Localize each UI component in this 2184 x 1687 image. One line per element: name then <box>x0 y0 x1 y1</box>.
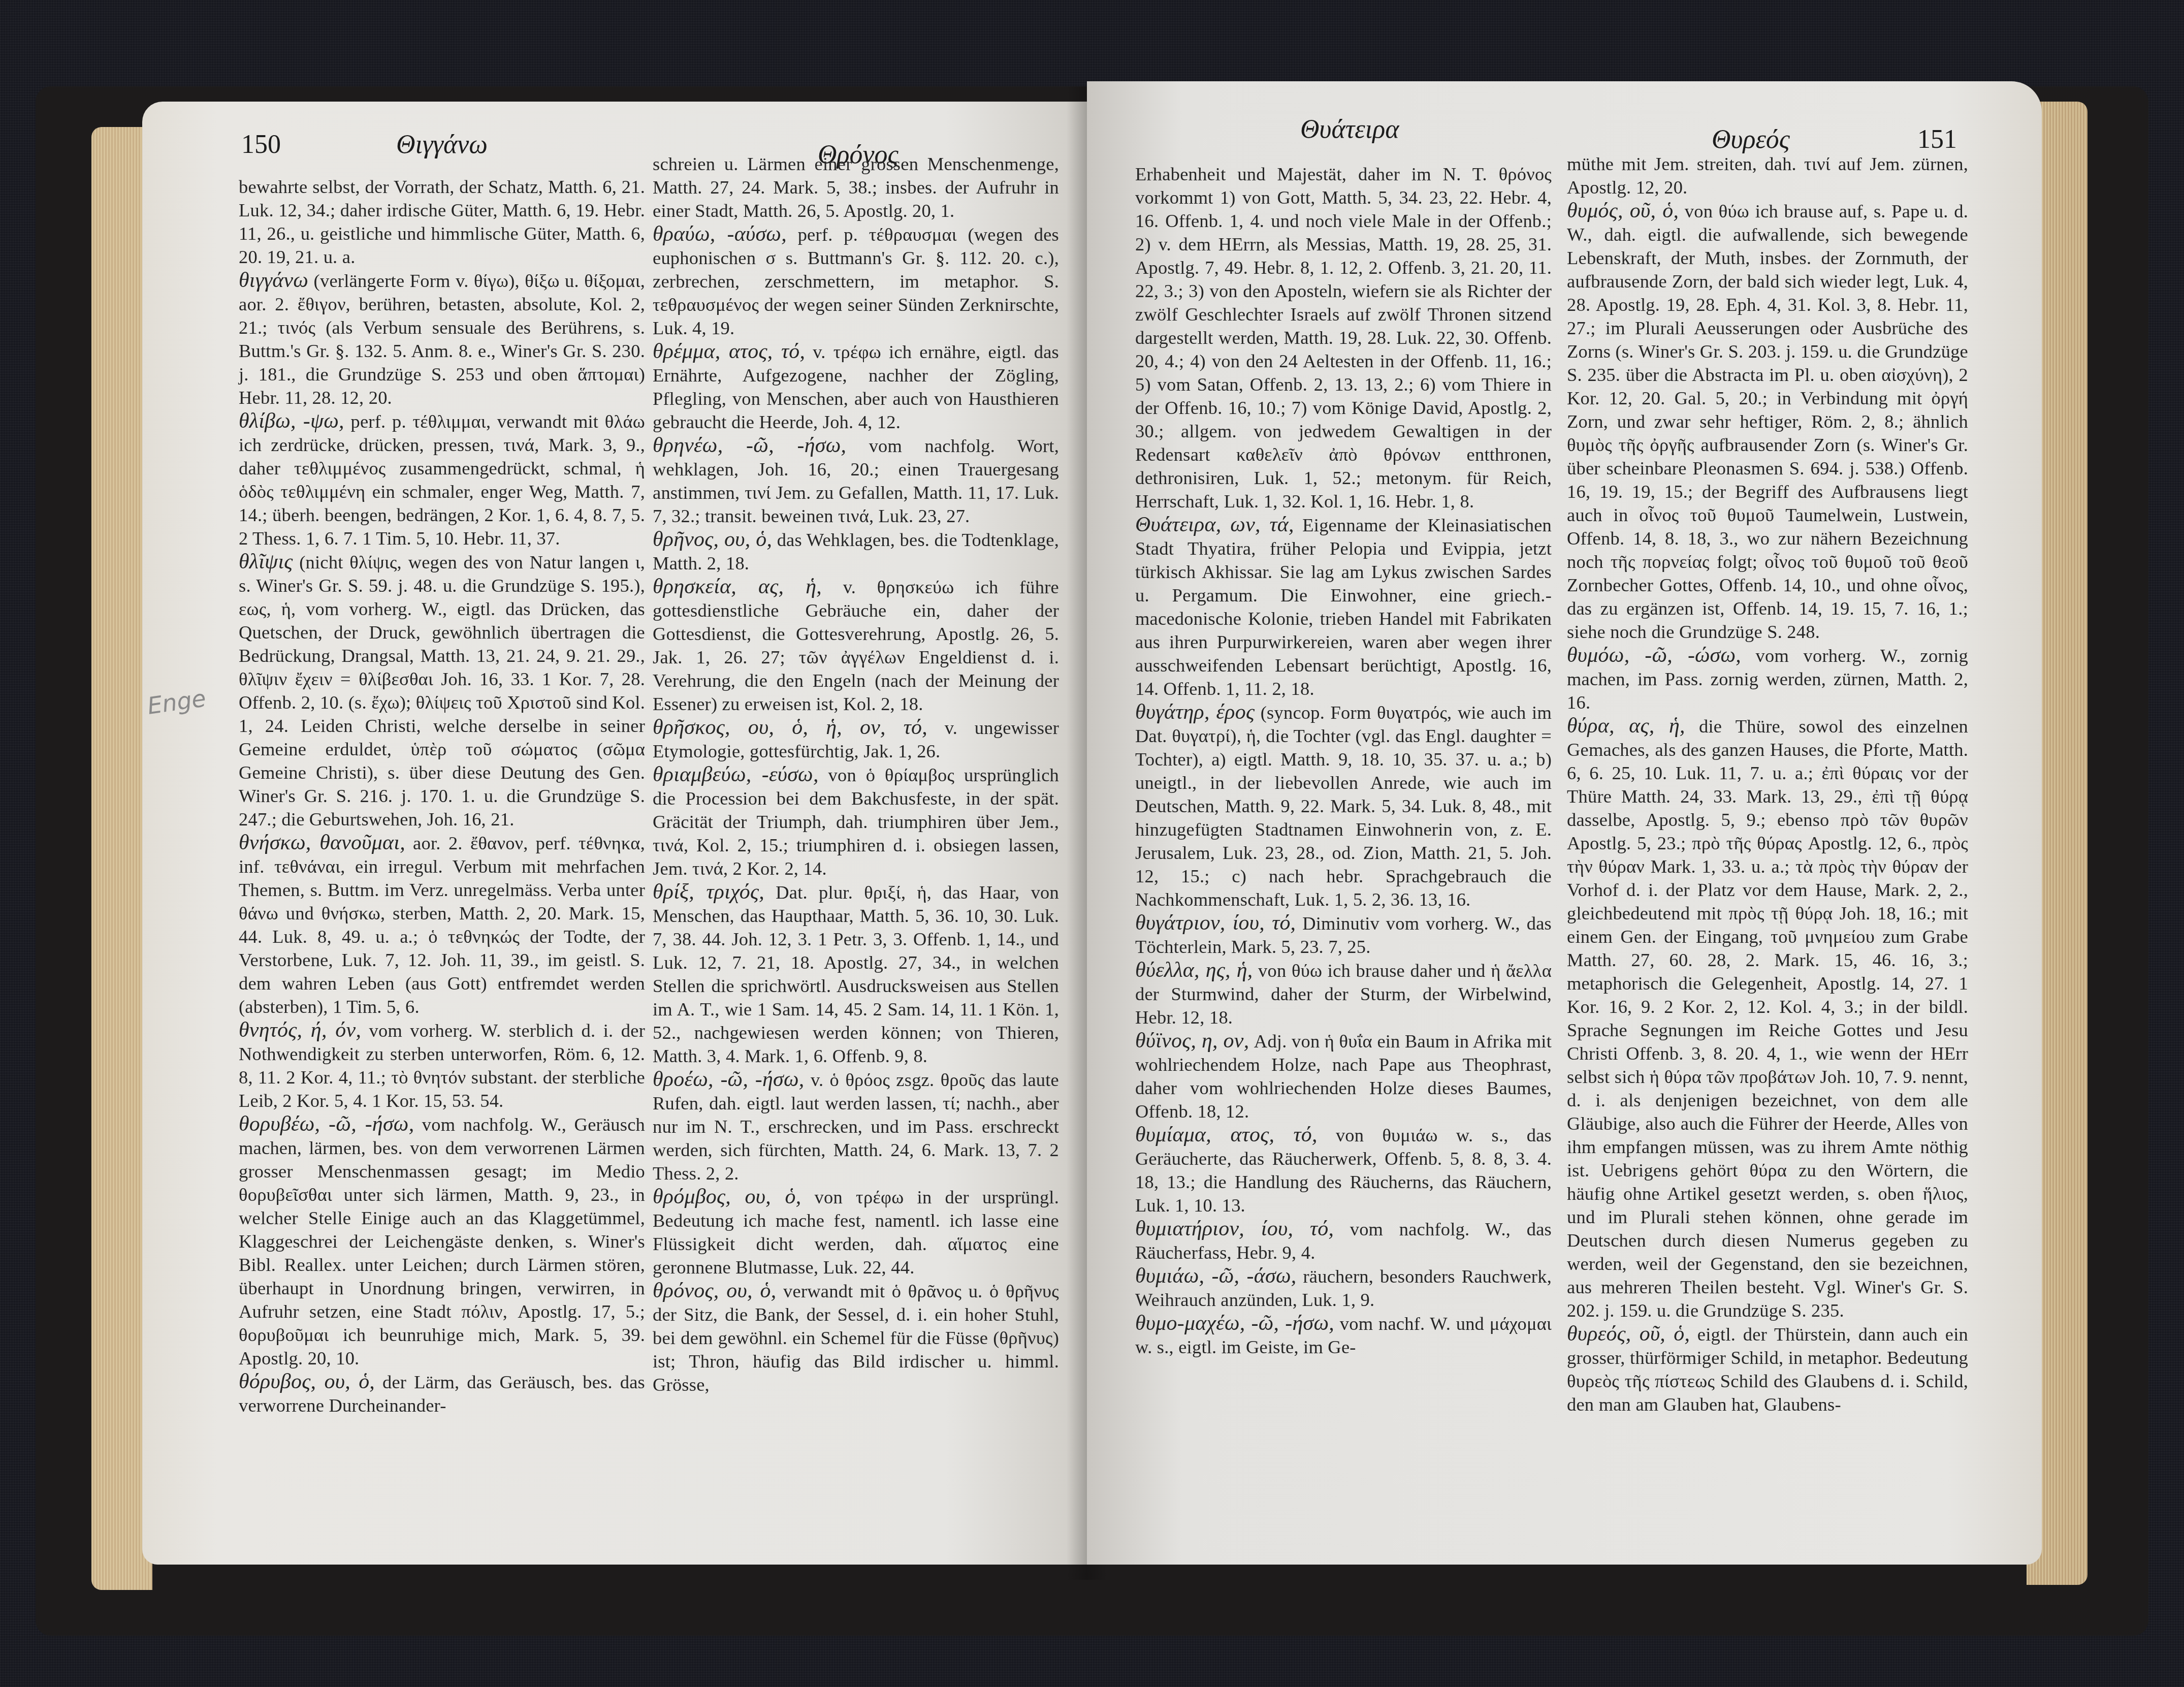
dictionary-entry: θυμόω, -ῶ, -ώσω, vom vorherg. W., zornig… <box>1567 644 1968 714</box>
dictionary-entry: θύελλα, ης, ἡ, von θύω ich brause daher … <box>1135 959 1552 1029</box>
dictionary-entry: θορυβέω, -ῶ, -ήσω, vom nachfolg. W., Ger… <box>239 1112 645 1370</box>
headword: θρέμμα, ατος, τό, <box>653 340 805 363</box>
headword: θυμιατήριον, ίου, τό, <box>1135 1217 1334 1240</box>
dictionary-entry: θυμίαμα, ατος, τό, von θυμιάω w. s., das… <box>1135 1123 1552 1217</box>
dictionary-entry: θυγάτηρ, έρος (syncop. Form θυγατρός, wi… <box>1135 701 1552 911</box>
dictionary-entry: θριαμβεύω, -εύσω, von ὁ θρίαμβος ursprün… <box>653 763 1059 880</box>
headword: θλίβω, -ψω, <box>239 409 344 433</box>
headword: θλῖψις <box>239 550 293 574</box>
dictionary-entry: θλίβω, -ψω, perf. p. τέθλιμμαι, verwandt… <box>239 409 645 550</box>
continuation-text: bewahrte selbst, der Vorrath, der Schatz… <box>239 175 645 269</box>
headword: θριαμβεύω, -εύσω, <box>653 763 819 786</box>
page-number-150: 150 <box>241 130 281 160</box>
definition: die Thüre, sowol des einzelnen Gemaches,… <box>1567 716 1968 1321</box>
dictionary-entry: θλῖψις (nicht θλίψις, wegen des von Natu… <box>239 550 645 831</box>
headword: θυμιάω, -ῶ, -άσω, <box>1135 1264 1297 1288</box>
dictionary-entry: θυμιάω, -ῶ, -άσω, räuchern, besonders Ra… <box>1135 1264 1552 1312</box>
column-151-b: müthe mit Jem. streiten, dah. τινί auf J… <box>1567 152 1968 1416</box>
dictionary-entry: θυρεός, οῦ, ὁ, eigtl. der Thürstein, dan… <box>1567 1322 1968 1416</box>
definition: (nicht θλίψις, wegen des von Natur lange… <box>239 552 645 830</box>
dictionary-entry: θύρα, ας, ἡ, die Thüre, sowol des einzel… <box>1567 714 1968 1322</box>
headword: θρόνος, ου, ὁ, <box>653 1279 777 1302</box>
dictionary-entry: θόρυβος, ου, ὁ, der Lärm, das Geräusch, … <box>239 1370 645 1417</box>
running-head-left: Θυάτειρα <box>1300 114 1399 144</box>
running-head-right: Θυρεός <box>1712 124 1790 154</box>
headword: θνήσκω, θανοῦμαι, <box>239 831 405 854</box>
dictionary-entry: θρῆνος, ου, ὁ, das Wehklagen, bes. die T… <box>653 528 1059 575</box>
headword: θρηνέω, -ῶ, -ήσω, <box>653 434 846 457</box>
headword: Θυάτειρα, ων, τά, <box>1135 513 1294 536</box>
running-head-left: Θιγγάνω <box>396 130 488 160</box>
dictionary-entry: θρῆσκος, ου, ὁ, ἡ, ον, τό, v. ungewisser… <box>653 716 1059 763</box>
column-151-a: Erhabenheit und Majestät, daher im N. T.… <box>1135 163 1552 1359</box>
dictionary-entry: θρέμμα, ατος, τό, v. τρέφω ich ernähre, … <box>653 340 1059 434</box>
headword: θόρυβος, ου, ὁ, <box>239 1370 375 1393</box>
headword: θύϊνος, η, ον, <box>1135 1029 1249 1053</box>
dictionary-entry: θρησκεία, ας, ἡ, v. θρησκεύω ich führe g… <box>653 575 1059 716</box>
headword: θυγάτριον, ίου, τό, <box>1135 911 1296 935</box>
dictionary-entry: θνήσκω, θανοῦμαι, aor. 2. ἔθανον, perf. … <box>239 831 645 1018</box>
definition: von θύω ich brause auf, s. Pape u. d. W.… <box>1567 201 1968 642</box>
dictionary-entry: θρόνος, ου, ὁ, verwandt mit ὁ θρᾶνος u. … <box>653 1279 1059 1396</box>
dictionary-entry: θνητός, ή, όν, vom vorherg. W. sterblich… <box>239 1018 645 1112</box>
headword: θυγάτηρ, έρος <box>1135 701 1255 724</box>
headword: θνητός, ή, όν, <box>239 1018 361 1042</box>
dictionary-entry: θραύω, -αύσω, perf. p. τέθραυσμαι (wegen… <box>653 222 1059 340</box>
headword: θρῆνος, ου, ὁ, <box>653 528 772 551</box>
definition: aor. 2. ἔθανον, perf. τέθνηκα, inf. τεθν… <box>239 833 645 1017</box>
headword: θορυβέω, -ῶ, -ήσω, <box>239 1112 414 1136</box>
column-150-b: schreien u. Lärmen einer grossen Mensche… <box>653 152 1059 1396</box>
continuation-text: Erhabenheit und Majestät, daher im N. T.… <box>1135 163 1552 513</box>
dictionary-entry: θύϊνος, η, ον, Adj. von ἡ θυΐα ein Baum … <box>1135 1029 1552 1123</box>
dictionary-entry: θυγάτριον, ίου, τό, Diminutiv vom vorher… <box>1135 911 1552 959</box>
definition: vom nachfolg. W., Geräusch machen, lärme… <box>239 1114 645 1368</box>
column-150-a: bewahrte selbst, der Vorrath, der Schatz… <box>239 175 645 1417</box>
headword: θυμο-μαχέω, -ῶ, -ήσω, <box>1135 1312 1334 1335</box>
definition: Dat. plur. θριξί, ἡ, das Haar, von Mensc… <box>653 882 1059 1066</box>
headword: θύελλα, ης, ἡ, <box>1135 959 1252 982</box>
dictionary-entry: θρηνέω, -ῶ, -ήσω, vom nachfolg. Wort, we… <box>653 434 1059 528</box>
headword: θυμός, οῦ, ὁ, <box>1567 199 1679 222</box>
continuation-text: müthe mit Jem. streiten, dah. τινί auf J… <box>1567 152 1968 199</box>
dictionary-entry: θρόμβος, ου, ὁ, von τρέφω in der ursprün… <box>653 1185 1059 1279</box>
headword: θιγγάνω <box>239 269 308 292</box>
dictionary-entry: θυμός, οῦ, ὁ, von θύω ich brause auf, s.… <box>1567 199 1968 644</box>
headword: θυμίαμα, ατος, τό, <box>1135 1123 1318 1147</box>
page-number-151: 151 <box>1917 124 1957 154</box>
headword: θυμόω, -ῶ, -ώσω, <box>1567 644 1741 667</box>
headword: θρόμβος, ου, ὁ, <box>653 1185 801 1208</box>
dictionary-entry: θυμο-μαχέω, -ῶ, -ήσω, vom nachf. W. und … <box>1135 1312 1552 1359</box>
headword: θρῆσκος, ου, ὁ, ἡ, ον, τό, <box>653 716 927 739</box>
dictionary-entry: θρίξ, τριχός, Dat. plur. θριξί, ἡ, das H… <box>653 880 1059 1068</box>
dictionary-entry: θυμιατήριον, ίου, τό, vom nachfolg. W., … <box>1135 1217 1552 1264</box>
continuation-text: schreien u. Lärmen einer grossen Mensche… <box>653 152 1059 222</box>
headword: θυρεός, οῦ, ὁ, <box>1567 1322 1690 1346</box>
headword: θρησκεία, ας, ἡ, <box>653 575 822 598</box>
definition: Eigenname der Kleinasiatischen Stadt Thy… <box>1135 515 1552 699</box>
headword: θραύω, -αύσω, <box>653 222 787 246</box>
dictionary-entry: Θυάτειρα, ων, τά, Eigenname der Kleinasi… <box>1135 513 1552 701</box>
dictionary-entry: θροέω, -ῶ, -ήσω, v. ὁ θρόος zsgz. θροῦς … <box>653 1068 1059 1185</box>
dictionary-entry: θιγγάνω (verlängerte Form v. θίγω), θίξω… <box>239 269 645 409</box>
headword: θροέω, -ῶ, -ήσω, <box>653 1068 805 1091</box>
headword: θύρα, ας, ἡ, <box>1567 714 1685 738</box>
headword: θρίξ, τριχός, <box>653 880 764 904</box>
definition: (syncop. Form θυγατρός, wie auch im Dat.… <box>1135 702 1552 910</box>
